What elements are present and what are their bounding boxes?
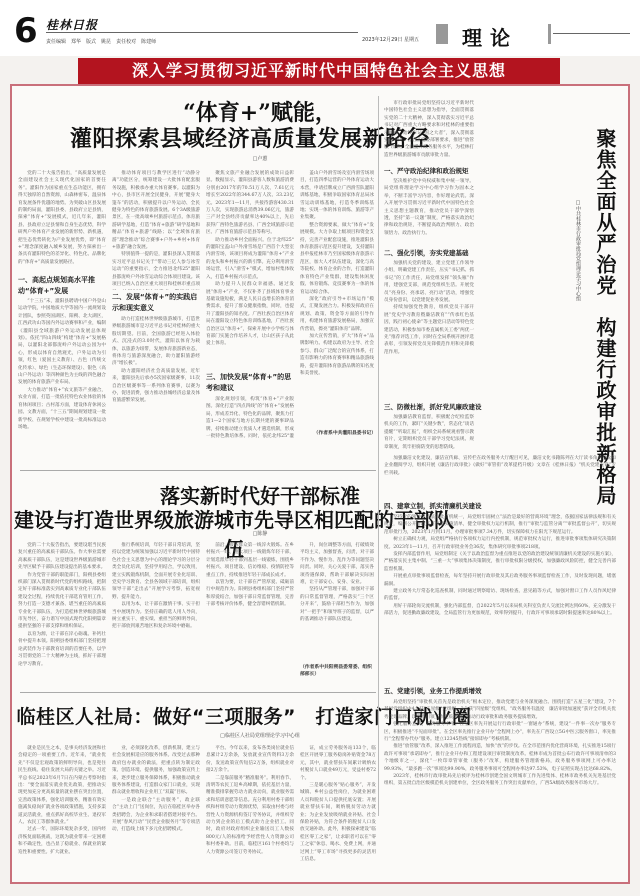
right-article-s2: 加强机关党的建设，建立党建工作领导小组，明确党建工作责任，压实“书记抓、抓书记”… bbox=[384, 260, 474, 402]
article2-col4: 升，岗位调整等方面，打破绩效平均主义，加强督查，问责，对干部不作为、慢作为、乱作… bbox=[300, 542, 374, 662]
article2-author-note: （作者系中共阳朔县委常委、组织部部长） bbox=[300, 664, 376, 678]
right-article-s4-heading: 四、建章立制，抓实清廉机关建设 bbox=[384, 501, 584, 510]
article1-section1-text: “十三五”末，灌阳县聘请中国户外登山运动学院，中国地质大学等国内一流规划设计团队… bbox=[18, 298, 106, 387]
article3-col1: 就业是民生之本，是事关经济发展和社会稳定的一项重要工作。近年来，“就业优先”不仅… bbox=[18, 745, 106, 873]
staff-label-layout: 版式 bbox=[86, 39, 96, 45]
staff-label-editor: 责任编辑 bbox=[46, 39, 66, 45]
article1-col4-text2: 整合资源要素，做大“体育+”发展规模。大力争取上级项目和资金支持，完善产业配套设… bbox=[300, 222, 374, 296]
article1-section1-text2: 大力推动“体育+”农文旅等产业融合，农业方面，打造一批依托特色农业体验的体育休闲… bbox=[18, 387, 106, 431]
article2-col1-text3: 以育为源，让干部在淬心砺魂、补钙壮骨中提升本领。阳朔县委组织部门坚持把理论武装作… bbox=[18, 631, 106, 668]
article1-section2-heading: 二、发展“体育+”的实践启示和现实意义 bbox=[112, 292, 200, 314]
article3-col2: 业，必须深化改革，创新机制，建立与社会发展相适应的服务体系。改变过去那种政府包办… bbox=[112, 745, 200, 873]
article2-col2-text2: 以用为本，让干部在激情干事、实干担当中展现作为。坚持正确的选人用人导向，树立重实… bbox=[112, 601, 200, 631]
right-article-title: 聚焦全面从严治党 构建行政审批新格局 bbox=[590, 128, 620, 506]
article1-col3-text: 聚焦文旅产业融合发展的成效日益彰显。数据显示，灌阳县游客人数和旅游消费分别由20… bbox=[206, 170, 294, 237]
masthead-rule-left bbox=[46, 32, 358, 33]
article3-col1-text: 就业是民生之本，是事关经济发展和社会稳定的一项重要工作。近年来，“就业优先”不仅… bbox=[18, 745, 106, 826]
article1-section2-text: 助力打造桂林世界级旅游城市，打造世界级旅游城市是习近平总书记对桂林的重大殷切期望… bbox=[112, 316, 200, 368]
theme-banner: 深入学习贯彻习近平新时代中国特色社会主义思想 bbox=[78, 58, 560, 84]
article3-col2-text2: 一是政企联合“主动服务”，政企联合“主动上门”送岗位，先后在临桂区举办各类招聘会… bbox=[112, 797, 200, 834]
article2-col3-text2: 以管为要，让干部在严管厚爱、砥砺前行中规范作为。阳朔县委组织部门坚持严管和厚爱结… bbox=[206, 579, 294, 609]
article1-col3-text3: 助力提升人民群众幸福感。通过发展“体育+”产业，不仅补齐了县域体育事业基础设施短… bbox=[206, 281, 294, 348]
article1-col2-text: 推动体育项目与教学区进行“动静分离”功能区分，统筹建设一大批体育配套服务设施，积… bbox=[112, 170, 200, 251]
article1-col1-intro: 党的二十大报告指出，“高质量发展是全面建设社会主义现代化国家的首要任务”。灌阳作… bbox=[18, 170, 106, 275]
article2-col1-text: 党的二十大报告指出，要建设堪当民族复兴重任的高素质干部队伍。作大事业需要高素质干… bbox=[18, 542, 106, 572]
article2-col4-text: 升，岗位调整等方面，打破绩效平均主义，加强督查，问责，对干部不作为、慢作为、乱作… bbox=[300, 542, 374, 586]
staff-credits: 责任编辑郑华版式姚昆责任校对陈建师 bbox=[46, 38, 161, 45]
article1-col4: 盖山户外滑雪场及室内滑雪场项目，打造四季运营的户外体育运动大本营，申请挂牌成立广… bbox=[300, 170, 374, 428]
right-article-byline: □中共桂林市行政审批局党组理论学习中心组 bbox=[575, 200, 582, 301]
right-article-s3: 加强廉洁教育监督，积极配合纪检监察机关的工作，紧盯“关键少数”，常态化“谈话提醒… bbox=[384, 414, 474, 452]
right-article-s3-heading: 三、防微杜渐，抓好党风廉政建设 bbox=[384, 402, 544, 411]
article3-col2-text: 业，必须深化改革，创新机制，建立与社会发展相适应的服务体系。改变过去那种政府包办… bbox=[112, 745, 200, 797]
right-article-s1-text: 坚决维护党中央权威和集中统一领导。局党组将理论学习中心组学习作为固本之举，不断丰… bbox=[384, 178, 474, 237]
right-article-s4-text3: 发挥内部监督作用，局党组制定《关于以政治监督为重点推进以党的政治建设统领清廉机关… bbox=[384, 551, 616, 573]
right-article-s4-text: 坚持党的领导与依法审批有机统一，局党组牢固树立“法治是最好的营商环境”理念，依据… bbox=[384, 514, 616, 536]
issue-date: 2023年12月29日 星期五 bbox=[362, 36, 419, 43]
article3-col3: 平台。今年以来，发布各类岗位就业信息累计2万余条，发放就业宣传资料3万余份，发送… bbox=[206, 745, 294, 873]
right-article-s3-text: 加强廉洁教育监督，积极配合纪检监察机关的工作，紧盯“关键少数”，常态化“谈话提醒… bbox=[384, 414, 474, 451]
article1-section1-heading: 一、高起点规划高水平推动“体育+”发展 bbox=[18, 275, 106, 297]
article1-section2-text2: 助力灌阳经济社会高质量发展。近年来，灌阳县先后承办5次国家级赛事，11次自治区级… bbox=[112, 368, 200, 405]
right-article-s1-heading: 一、严守政治纪律和政治规矩 bbox=[384, 166, 544, 175]
right-article-s4-text4: 开展重点审批事项监督检查，每年坚持开展行政审批及其后政务服务事项监督检查工作，及… bbox=[384, 573, 616, 588]
right-article-intro-text: 市行政审批局党组坚持以习近平新时代中国特色社会主义思想为指导，全面贯彻落实党的二… bbox=[384, 100, 474, 159]
article3-col1-text2: 过去一年，国际环境复杂多变，国内经济恢复面临挑战，这既为就业带来一定困难和不确定… bbox=[18, 826, 106, 856]
right-article-s2-heading: 二、强化引领，夯实党建基础 bbox=[384, 248, 544, 257]
article1-section3-heading: 三、加快发展“体育+”的思考和建议 bbox=[206, 372, 294, 394]
right-article-s2-text2: 持续加强党性教育，组织党员干部开展“党史学习教育暨廉洁教育”“传承红色基因，践行… bbox=[384, 304, 474, 356]
article-divider bbox=[20, 692, 376, 693]
right-article-s4: 坚持党的领导与依法审批有机统一，局党组牢固树立“法治是最好的营商环境”理念，依据… bbox=[384, 514, 616, 684]
article3-col3-text2: 二是靠前服务“精准服务”。利用春节、清明等农民工返乡高峰期，依托基层力量，精准摸… bbox=[206, 775, 294, 856]
article1-col2-text2: 特别值得一提的是，灌阳县深入贯彻落实习近平总书记关于“带动三亿人参与冰雪运动”的… bbox=[112, 251, 200, 290]
masthead: 6 桂林日报 责任编辑郑华版式姚昆责任校对陈建师 2023年12月29日 星期五… bbox=[0, 0, 640, 56]
article1-col4-text4: 加大宣传营销，扩大“体育+”品牌影响力。构建以政府为主导、社会参与、群众广泛配合… bbox=[300, 333, 374, 377]
article3-col4: 证，成立劳务服务站133个，临桂区开展零工服务稳岗补贴资金78万元，其中，就业帮… bbox=[300, 745, 376, 873]
right-article-s2-text: 加强机关党的建设，建立党建工作领导小组，明确党建工作责任，压实“书记抓、抓书记”… bbox=[384, 260, 474, 304]
right-article-s4-text5: 建立政务大厅常态化巡查机制，同时通过明察暗访、现场检查、意见箱等方式，加强对窗口… bbox=[384, 588, 616, 603]
article1-author-note: （作者系中共灌阳县委书记） bbox=[300, 429, 376, 436]
right-article-s3-text2: 加强廉洁文化建设，廉洁宣传廊、宣传栏在政务服务大厅醒目可见，廉洁文化书籍陈列在大… bbox=[384, 455, 616, 477]
right-article-s1: 坚决维护党中央权威和集中统一领导。局党组将理论学习中心组学习作为固本之举，不断丰… bbox=[384, 178, 474, 244]
newspaper-name: 桂林日报 bbox=[46, 16, 98, 33]
staff-layout-name: 姚昆 bbox=[101, 39, 111, 45]
article1-col2-body: 助力打造桂林世界级旅游城市，打造世界级旅游城市是习近平总书记对桂林的重大殷切期望… bbox=[112, 316, 200, 438]
article2-col2: 推行系统培训，年轻干部日常培训，坚持以党建为统领加强以习近平新时代中国特色社会主… bbox=[112, 542, 200, 680]
article2-col1-text2: 作为党管干部的职能部门，阳朔县委组织部门深入贯彻新时代党的组织路线，把制定好干部… bbox=[18, 572, 106, 631]
section-marker-right bbox=[548, 24, 551, 44]
article3-col3-text: 平台。今年以来，发布各类岗位就业信息累计2万余条，发放就业宣传资料3万余份，发送… bbox=[206, 745, 294, 775]
article2-byline: □陈静 bbox=[200, 530, 320, 537]
article1-byline: □卢蕙 bbox=[190, 155, 330, 162]
article1-col3-body: 深化规划引领，构筑“体育+”产业版图。深化打造“四点四线”的“体育+”发展格局，… bbox=[206, 396, 294, 438]
right-article-s5: 局党组坚持“审批机关首先是政治机关”根本定位，推动党建与业务深度融合。围绕打造“… bbox=[384, 699, 616, 875]
article2-col4-text2: 坚持从严管理干部，加强对干部的日常监督管理，严格落实“三个区分开来”，鼓励干部担… bbox=[300, 586, 374, 623]
article2-col3-text: 前沿，服务群众第一线淬火锻炼。在乡村振兴一线、重大项目一线锻炼年轻干部，计划选派… bbox=[206, 542, 294, 579]
article1-col4-text: 盖山户外滑雪场及室内滑雪场项目，打造四季运营的户外体育运动大本营，申请挂牌成立广… bbox=[300, 170, 374, 222]
masthead-rule-right bbox=[553, 33, 630, 34]
page-number: 6 bbox=[14, 14, 38, 48]
right-article-s3b: 加强廉洁文化建设，廉洁宣传廊、宣传栏在政务服务大厅醒目可见，廉洁文化书籍陈列在大… bbox=[384, 455, 616, 495]
article2-col3: 前沿，服务群众第一线淬火锻炼。在乡村振兴一线、重大项目一线锻炼年轻干部，计划选派… bbox=[206, 542, 294, 680]
right-article-s5-text2: 强化服务意识，提高服务水平。在全区率先开展运行行政审批“一窗通办”系统，建设“一… bbox=[384, 721, 616, 743]
article1-col2-top: 推动体育项目与教学区进行“动静分离”功能区分，统筹建设一大批体育配套服务设施，积… bbox=[112, 170, 200, 290]
right-article-s5-text3: 推进“放管服”改革，深入推进工作流程再造，加快“放”的步伐。在全市范围内优化营商… bbox=[384, 743, 616, 773]
article-divider bbox=[20, 470, 376, 471]
article1-section3-text: 深化规划引领，构筑“体育+”产业版图。深化打造“四点四线”的“体育+”发展格局，… bbox=[206, 396, 294, 438]
article2-col2-text: 推行系统培训，年轻干部日常培训，坚持以党建为统领加强以习近平新时代中国特色社会主… bbox=[112, 542, 200, 601]
right-article-s5-text4: 2023年，桂林市行政审批局先后被评为桂林市创建全国文明城市工作先进集体、桂林市… bbox=[384, 773, 616, 788]
section-title: 理论 bbox=[462, 22, 518, 51]
right-article-s4-text6: 用好干部轮岗交流机制，强化内部监督，自2022年5月以来局机关科室负责人交流比例… bbox=[384, 603, 616, 618]
article1-intro: 党的二十大报告指出，“高质量发展是全面建设社会主义现代化国家的首要任务”。灌阳作… bbox=[18, 170, 106, 266]
section-marker-left bbox=[436, 24, 448, 44]
article1-col1-body: “十三五”末，灌阳县聘请中国户外登山运动学院，中国地质大学等国内一流规划设计团队… bbox=[18, 298, 106, 438]
staff-label-proof: 责任校对 bbox=[116, 39, 136, 45]
article1-col3-top: 聚焦文旅产业融合发展的成效日益彰显。数据显示，灌阳县游客人数和旅游消费分别由20… bbox=[206, 170, 294, 370]
article3-col4-text: 证，成立劳务服务站133个，临桂区开展零工服务稳岗补贴资金78万元，其中，就业帮… bbox=[300, 745, 376, 782]
right-article-s5-heading: 五、党建引领，业务工作提质增效 bbox=[384, 686, 584, 695]
article1-col3-text2: 助力推动乡村全面振兴。位于北纬25°的灌阳宝盖山户外滑雪场是广西首个大型室内滑雪… bbox=[206, 237, 294, 281]
article2-col1: 党的二十大报告指出，要建设堪当民族复兴重任的高素质干部队伍。作大事业需要高素质干… bbox=[18, 542, 106, 680]
article3-byline: □临桂区人社局党组理论学习中心组 bbox=[150, 732, 370, 739]
staff-proof-name: 陈建师 bbox=[141, 39, 156, 45]
staff-editor-name: 郑华 bbox=[71, 39, 81, 45]
right-article-s5-text: 局党组坚持“审批机关首先是政治机关”根本定位，推动党建与业务深度融合。围绕打造“… bbox=[384, 699, 616, 721]
right-article-s4-text2: 树立正确权力观，局党组严格执行各项权力运行内控机制，规范审批权力运行，推进审批事… bbox=[384, 536, 616, 551]
article1-col4-text3: 深化“政府引导+市场运作”模式，汇聚发展合力。积极发挥政府在规划、政策、资金等方… bbox=[300, 296, 374, 333]
article3-col4-text2: 三是暖心服务“贴心服务”，开发城镇、乡村公益性岗位，为就业困难人员和脱贫人口提供… bbox=[300, 782, 376, 863]
right-article-intro: 市行政审批局党组坚持以习近平新时代中国特色社会主义思想为指导，全面贯彻落实党的二… bbox=[384, 100, 474, 160]
